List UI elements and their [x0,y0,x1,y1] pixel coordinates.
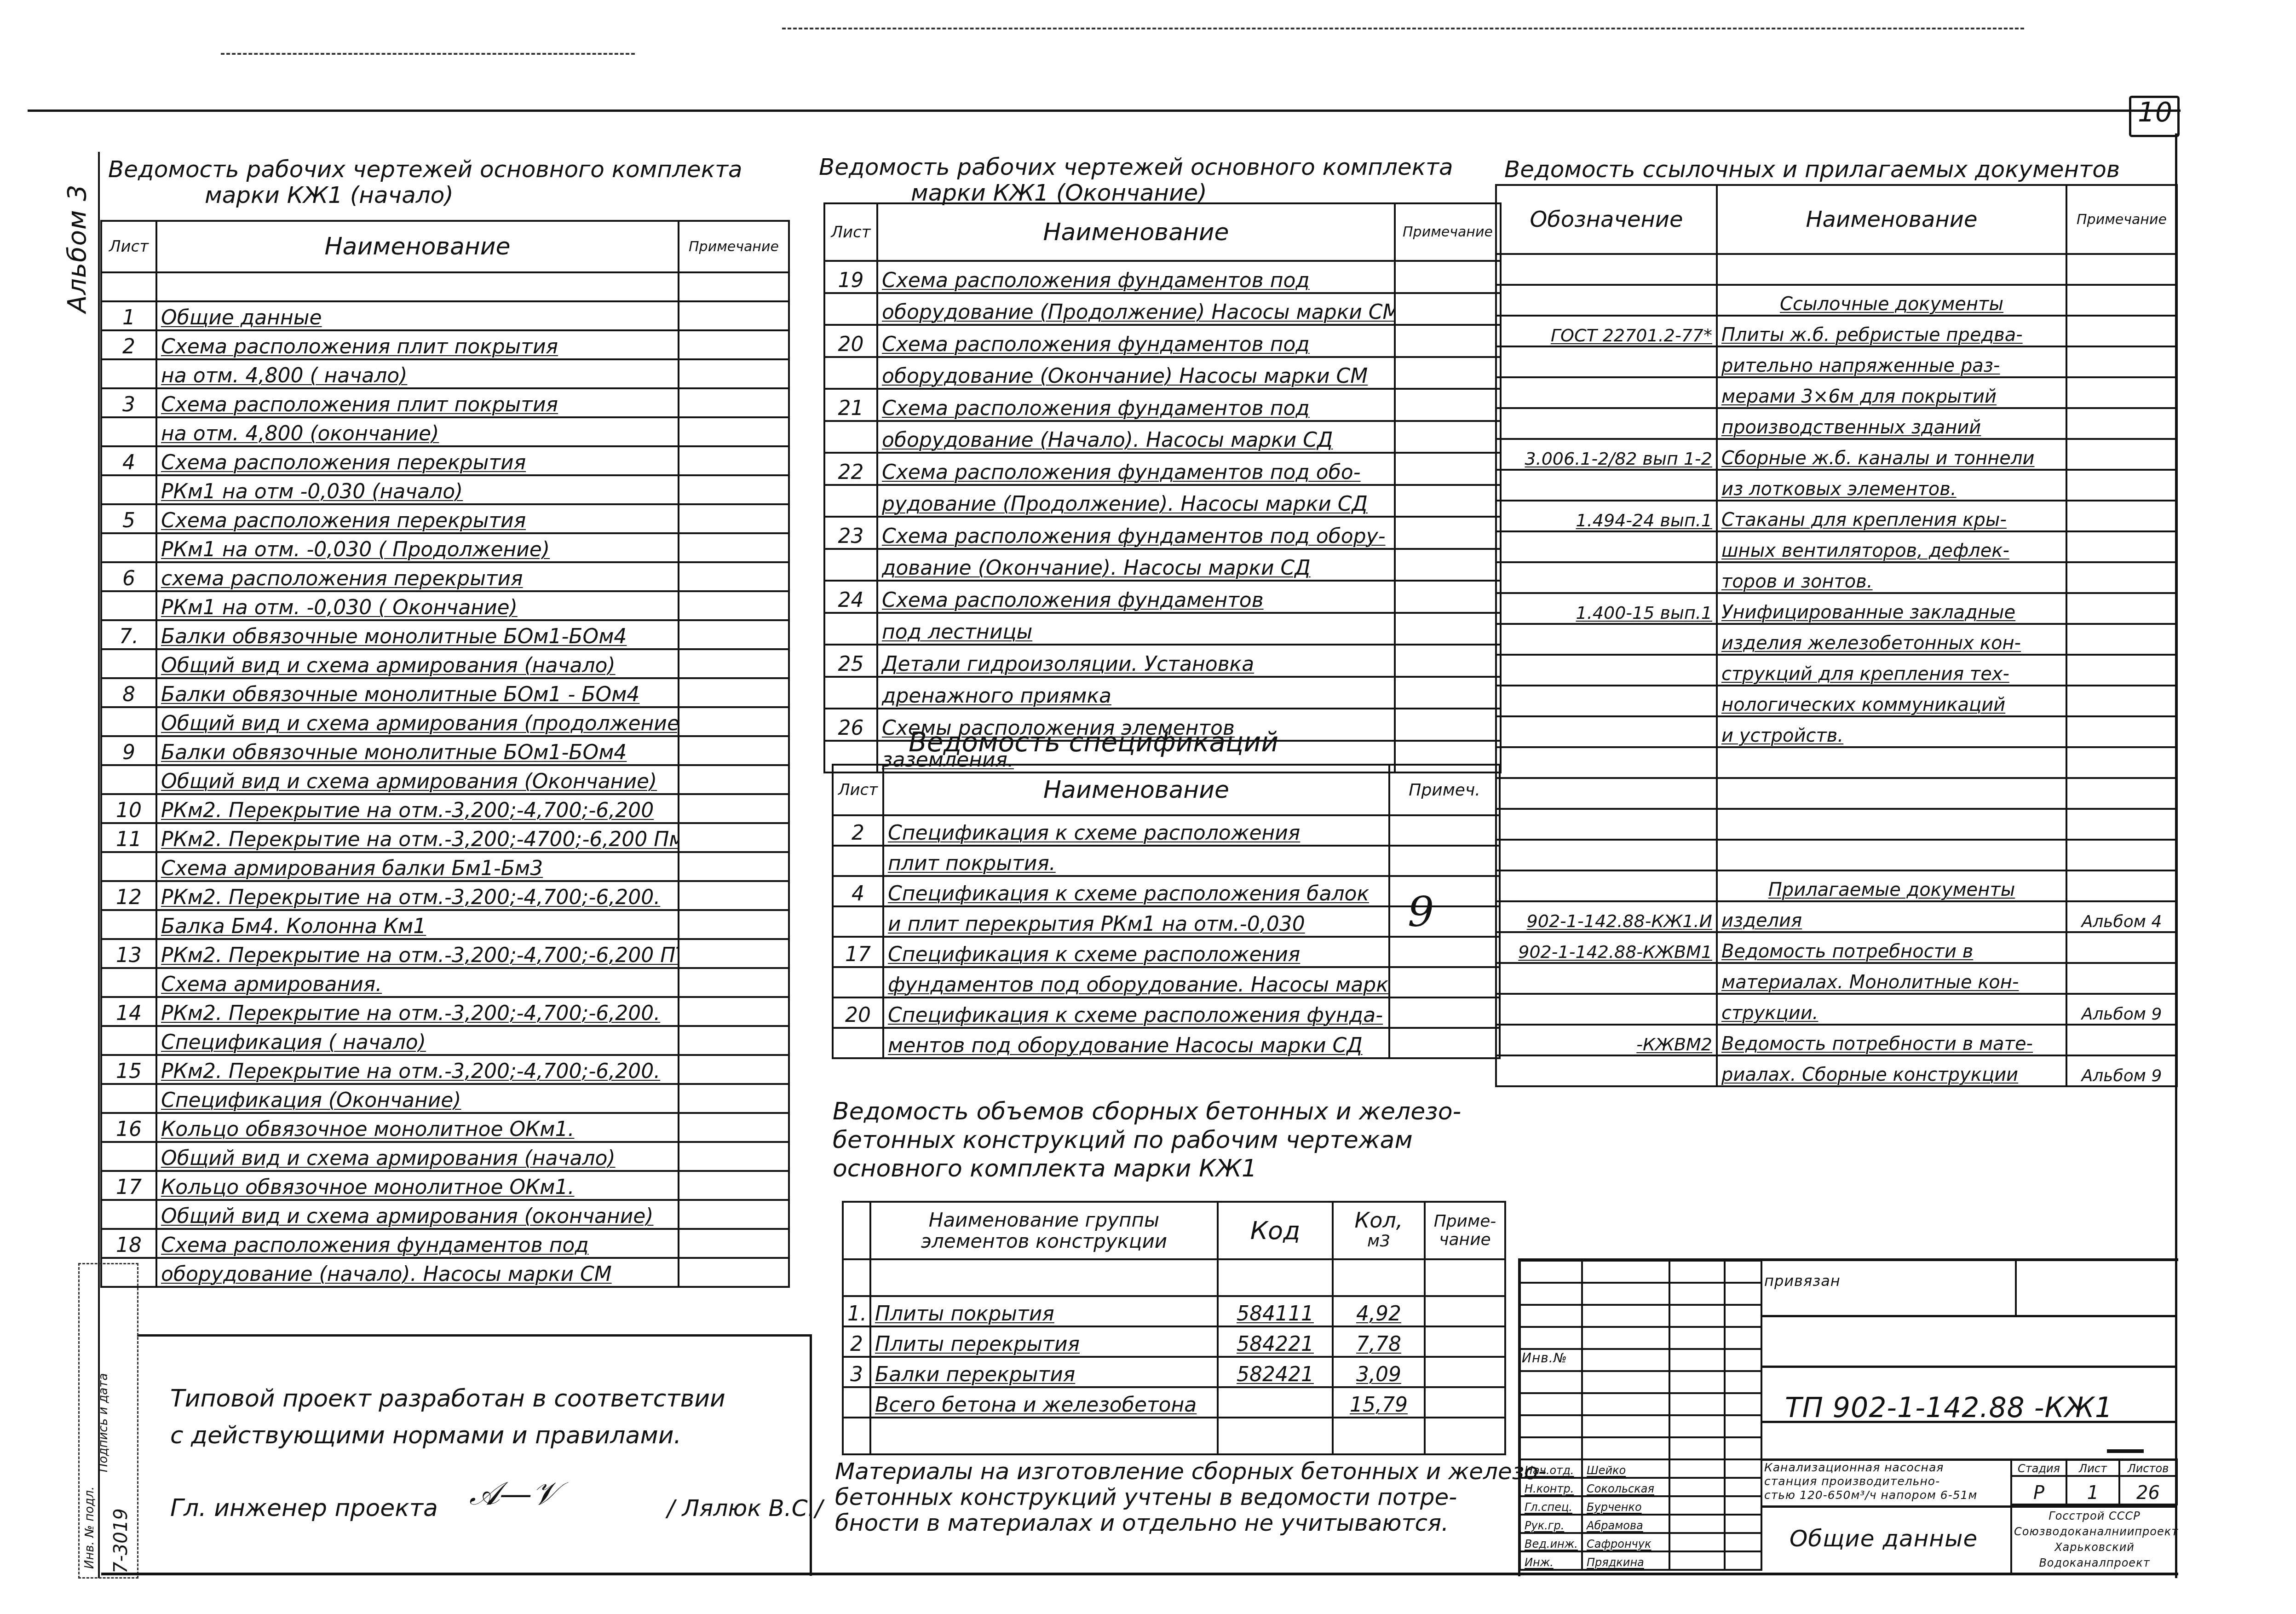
references-title: Ведомость ссылочных и прилагаемых докуме… [1504,156,2120,182]
document-name: рительно напряженные раз- [1717,346,2066,377]
volume-m3: 7,78 [1333,1326,1425,1357]
document-code: -КЖВМ2 [1496,1025,1717,1055]
drawing-name: Детали гидроизоляции. Установка [877,645,1395,677]
document-code [1496,531,1717,562]
table-row: дренажного приямка [824,677,1501,709]
document-code [1496,655,1717,686]
inventory-label: Инв.№ [1522,1350,1567,1366]
sheets-label: Листов [2119,1459,2177,1476]
revision-cell [1520,1393,1582,1415]
note-cell [679,330,789,359]
table-row [843,1418,1505,1454]
sheet-number: 15 [101,1055,156,1084]
document-name: нологических коммуникаций [1717,686,2066,716]
sheet-number [101,968,156,997]
title-block-staff: Нач.отд.ШейкоН.контр.СокольскаяГл.спец.Б… [1519,1458,1762,1571]
revision-cell [1582,1305,1669,1327]
table-row: изделия железобетонных кон- [1496,624,2177,655]
table-row: Общий вид и схема армирования (окончание… [101,1200,789,1229]
group-code [1218,1387,1333,1418]
revision-cell [1669,1327,1725,1349]
document-note [2066,531,2177,562]
table-row: под лестницы [824,613,1501,645]
page-number: 10 [2135,97,2176,128]
table-row: торов и зонтов. [1496,562,2177,593]
document-name: Плиты ж.б. ребристые предва- [1717,316,2066,346]
revision-cell [1725,1371,1761,1393]
document-code [1496,624,1717,655]
table-row: 16Кольцо обвязочное монолитное ОКм1. [101,1113,789,1142]
staff-date [1725,1496,1761,1515]
note-cell [679,272,789,301]
row-number [843,1259,870,1296]
table-row: Общий вид и схема армирования (начало) [101,1142,789,1171]
drawing-name: Спецификация (Окончание) [156,1084,679,1113]
table-row: 22Схема расположения фундаментов под обо… [824,453,1501,485]
document-name [1717,747,2066,778]
table-row: Спецификация (Окончание) [101,1084,789,1113]
revision-cell [1582,1415,1669,1437]
revision-cell [1520,1327,1582,1349]
note-cell [679,1258,789,1287]
stage-sheet-table: Стадия Лист Листов Р 1 26 [2010,1458,2178,1505]
table-row: 18Схема расположения фундаментов под [101,1229,789,1258]
document-note [2066,624,2177,655]
table-row: 15РКм2. Перекрытие на отм.-3,200;-4,700;… [101,1055,789,1084]
document-code [1496,562,1717,593]
sheet-number: 11 [101,823,156,852]
note-cell [1389,906,1500,937]
note-cell [679,1142,789,1171]
signer-role: Гл. инженер проекта [170,1493,438,1523]
drawing-name: оборудование (Продолжение) Насосы марки … [877,293,1395,325]
table-row: риалах. Сборные конструкцииАльбом 9 [1496,1055,2177,1086]
sheet-number [101,1200,156,1229]
table-row: рительно напряженные раз- [1496,346,2177,377]
table-row: 24Схема расположения фундаментов [824,581,1501,613]
revision-cell [1725,1349,1761,1371]
drawing-name: РКм2. Перекрытие на отм.-3,200;-4,700;-6… [156,997,679,1026]
sheet-number [101,707,156,736]
document-name [1717,809,2066,840]
col-header-note: Примечание [1395,203,1501,261]
table-row: оборудование (Продолжение) Насосы марки … [824,293,1501,325]
note-cell [679,968,789,997]
note-cell [679,620,789,649]
document-name [1717,840,2066,870]
drawing-name: Балки обвязочные монолитные БОм1 - БОм4 [156,678,679,707]
document-note [2066,747,2177,778]
document-code [1496,408,1717,439]
sheet-number: 22 [824,453,877,485]
drawing-name: Схема расположения плит покрытия [156,388,679,417]
group-name [870,1259,1218,1296]
table-row: 9Балки обвязочные монолитные БОм1-БОм4 [101,736,789,765]
table-row: оборудование (начало). Насосы марки СМ [101,1258,789,1287]
drawing-name: Спецификация к схеме расположения фунда- [883,997,1389,1028]
sheet-number [101,1084,156,1113]
table-row: 13РКм2. Перекрытие на отм.-3,200;-4,700;… [101,939,789,968]
sheet-value: 1 [2066,1476,2119,1504]
document-note [2066,346,2177,377]
revision-row [1520,1437,1761,1459]
table-row: ментов под оборудование Насосы марки СД [833,1028,1500,1058]
volume-m3: 3,09 [1333,1357,1425,1387]
note-cell [1395,709,1501,741]
specifications-table: Лист Наименование Примеч. 2Спецификация … [832,764,1501,1059]
note-cell [1425,1357,1505,1387]
staff-role: Нач.отд. [1520,1459,1582,1478]
drawing-name: Схема расположения фундаментов [877,581,1395,613]
sheet-number [101,272,156,301]
row-number [843,1387,870,1418]
table-row: 1.494-24 вып.1Стаканы для крепления кры- [1496,501,2177,531]
sheet-number: 17 [833,937,883,967]
drawing-name: Спецификация к схеме расположения [883,815,1389,846]
table-row: 17Кольцо обвязочное монолитное ОКм1. [101,1171,789,1200]
staff-name: Прядкина [1582,1551,1669,1570]
table-row: 10РКм2. Перекрытие на отм.-3,200;-4,700;… [101,794,789,823]
note-cell [1395,645,1501,677]
sheet-number [833,967,883,997]
drawings-start-title: Ведомость рабочих чертежей основного ком… [108,156,742,208]
table-row: рудование (Продолжение). Насосы марки СД [824,485,1501,517]
staff-signature [1669,1515,1725,1533]
drawing-name: Общий вид и схема армирования (продолжен… [156,707,679,736]
drawings-end-table: Лист Наименование Примечание 19Схема рас… [823,202,1502,773]
revision-cell [1725,1437,1761,1459]
compliance-box [137,1334,812,1576]
note-cell [679,1026,789,1055]
staff-row: Рук.гр.Абрамова [1520,1515,1761,1533]
document-name: производственных зданий [1717,408,2066,439]
table-row: РКм1 на отм. -0,030 ( Продолжение) [101,533,789,562]
sheet-number [824,549,877,581]
revision-cell [1669,1371,1725,1393]
note-cell [1395,261,1501,293]
table-row: плит покрытия. [833,846,1500,876]
drawing-name: Балки обвязочные монолитные БОм1-БОм4 [156,620,679,649]
sheet-number: 23 [824,517,877,549]
table-row: 1Общие данные [101,301,789,330]
drawing-name: на отм. 4,800 (окончание) [156,417,679,446]
revision-row [1520,1305,1761,1327]
staff-signature [1669,1459,1725,1478]
note-cell [679,852,789,881]
drawing-name: Общий вид и схема армирования (окончание… [156,1200,679,1229]
table-row: и устройств. [1496,716,2177,747]
volume-m3: 15,79 [1333,1387,1425,1418]
note-cell [1395,677,1501,709]
revision-row [1520,1327,1761,1349]
document-name: и устройств. [1717,716,2066,747]
drawing-name: РКм1 на отм. -0,030 ( Продолжение) [156,533,679,562]
document-note [2066,840,2177,870]
document-note: Альбом 9 [2066,1055,2177,1086]
note-cell [679,1171,789,1200]
document-note [2066,439,2177,470]
table-row: струкции.Альбом 9 [1496,994,2177,1025]
table-row: 2Плиты перекрытия5842217,78 [843,1326,1505,1357]
volume-m3: 4,92 [1333,1296,1425,1326]
document-name: Унифицированные закладные [1717,593,2066,624]
table-row: 6схема расположения перекрытия [101,562,789,591]
drawing-name: Балка Бм4. Колонна Км1 [156,910,679,939]
document-note [2066,470,2177,501]
note-cell [1425,1296,1505,1326]
note-cell [1395,389,1501,421]
revision-cell [1582,1327,1669,1349]
document-name: риалах. Сборные конструкции [1717,1055,2066,1086]
staff-row: Инж.Прядкина [1520,1551,1761,1570]
table-row: нологических коммуникаций [1496,686,2177,716]
section-row: Прилагаемые документы [1496,870,2177,901]
note-cell [679,678,789,707]
table-row: 3Схема расположения плит покрытия [101,388,789,417]
revision-cell [1520,1261,1582,1283]
group-name: Плиты покрытия [870,1296,1218,1326]
document-code [1496,346,1717,377]
drawing-name: Схема расположения фундаментов под [877,261,1395,293]
group-name: Плиты перекрытия [870,1326,1218,1357]
note-cell [1425,1326,1505,1357]
revision-cell [1582,1437,1669,1459]
document-name: Стаканы для крепления кры- [1717,501,2066,531]
row-number: 1. [843,1296,870,1326]
sheet-number: 9 [101,736,156,765]
table-row: производственных зданий [1496,408,2177,439]
initial-mark: 9 [1408,888,1434,936]
document-name: Ведомость потребности в [1717,932,2066,963]
revision-cell [1725,1393,1761,1415]
side-stamp-text: Инв. № подл. [83,1487,97,1569]
drawing-name: Схема расположения фундаментов под обору… [877,517,1395,549]
revision-cell [1582,1371,1669,1393]
sheet-number: 26 [824,709,877,741]
note-cell [1389,876,1500,906]
note-cell [679,707,789,736]
frame-top-border [28,110,2181,112]
drawing-name: фундаментов под оборудование. Насосы мар… [883,967,1389,997]
table-row: мерами 3×6м для покрытий [1496,377,2177,408]
revision-row [1520,1393,1761,1415]
document-name: струкции. [1717,994,2066,1025]
staff-row: Вед.инж.Сафрончук [1520,1533,1761,1551]
document-name [1717,254,2066,285]
revision-cell [1725,1261,1761,1283]
drawing-name: дование (Окончание). Насосы марки СД [877,549,1395,581]
drawing-name: РКм2. Перекрытие на отм.-3,200;-4,700;-6… [156,1055,679,1084]
staff-name: Бурченко [1582,1496,1669,1515]
sheet-number: 17 [101,1171,156,1200]
revision-cell [1582,1283,1669,1305]
drawing-name: рудование (Продолжение). Насосы марки СД [877,485,1395,517]
table-row: оборудование (Окончание) Насосы марки СМ [824,357,1501,389]
drawing-name: РКм2. Перекрытие на отм.-3,200;-4700;-6,… [156,823,679,852]
divider [2015,1261,2017,1316]
drawing-name: РКм1 на отм. -0,030 ( Окончание) [156,591,679,620]
sheet-number [824,293,877,325]
table-row: Схема армирования. [101,968,789,997]
sheet-number [101,359,156,388]
revision-cell [1669,1305,1725,1327]
volume-m3 [1333,1418,1425,1454]
col-header-name: Наименование [1717,185,2066,254]
table-row: 902-1-142.88-КЖВМ1Ведомость потребности … [1496,932,2177,963]
table-row: 11РКм2. Перекрытие на отм.-3,200;-4700;-… [101,823,789,852]
staff-name: Абрамова [1582,1515,1669,1533]
note-cell [679,736,789,765]
document-code [1496,747,1717,778]
stage-value: Р [2011,1476,2066,1504]
row-number [843,1418,870,1454]
revision-cell [1520,1437,1582,1459]
table-row: 1.Плиты покрытия5841114,92 [843,1296,1505,1326]
drawing-name: Кольцо обвязочное монолитное ОКм1. [156,1113,679,1142]
sheet-number [101,591,156,620]
table-row: оборудование (Начало). Насосы марки СД [824,421,1501,453]
scan-artifact-line [221,53,635,55]
sheet-number: 16 [101,1113,156,1142]
document-code [1496,470,1717,501]
drawing-name: Схема расположения перекрытия [156,446,679,475]
document-title: Общие данные [1790,1525,1978,1552]
sheet-number: 2 [101,330,156,359]
volumes-table: Наименование группы элементов конструкци… [842,1201,1506,1455]
sheet-number: 13 [101,939,156,968]
staff-date [1725,1515,1761,1533]
note-cell [1395,453,1501,485]
table-row: Схема армирования балки Бм1-Бм3 [101,852,789,881]
group-name: Всего бетона и железобетона [870,1387,1218,1418]
drawing-name: Схема расположения перекрытия [156,504,679,533]
document-code: ГОСТ 22701.2-77* [1496,316,1717,346]
note-cell [1425,1259,1505,1296]
drawing-name: РКм2. Перекрытие на отм.-3,200;-4,700;-6… [156,939,679,968]
group-name [870,1418,1218,1454]
revision-cell [1725,1283,1761,1305]
document-name: Сборные ж.б. каналы и тоннели [1717,439,2066,470]
col-header-name: Наименование [877,203,1395,261]
sheet-number: 8 [101,678,156,707]
document-name: струкций для крепления тех- [1717,655,2066,686]
drawing-name: Спецификация ( начало) [156,1026,679,1055]
revision-cell [1669,1393,1725,1415]
volumes-title: Ведомость объемов сборных бетонных и жел… [833,1097,1461,1183]
col-header-sheet: Лист [824,203,877,261]
table-row [1496,778,2177,809]
table-row: 4Схема расположения перекрытия [101,446,789,475]
table-row: 902-1-142.88-КЖ1.ИизделияАльбом 4 [1496,901,2177,932]
table-row: РКм1 на отм -0,030 (начало) [101,475,789,504]
drawing-name: под лестницы [877,613,1395,645]
col-header-name: Наименование [883,765,1389,815]
sheet-number: 19 [824,261,877,293]
document-code [1496,254,1717,285]
sheet-number: 4 [101,446,156,475]
document-note [2066,809,2177,840]
document-name: материалах. Монолитные кон- [1717,963,2066,994]
sheets-value: 26 [2119,1476,2177,1504]
document-name: торов и зонтов. [1717,562,2066,593]
sheet-number: 14 [101,997,156,1026]
sheet-number [824,357,877,389]
table-row: Спецификация ( начало) [101,1026,789,1055]
sheet-number [101,533,156,562]
table-row: 2Схема расположения плит покрытия [101,330,789,359]
table-row: 5Схема расположения перекрытия [101,504,789,533]
divider [1761,1366,2177,1368]
document-note: Альбом 4 [2066,901,2177,932]
document-code: 902-1-142.88-КЖВМ1 [1496,932,1717,963]
staff-date [1725,1551,1761,1570]
document-name: изделия железобетонных кон- [1717,624,2066,655]
drawing-name: Схема расположения фундаментов под обо- [877,453,1395,485]
document-code: 1.400-15 вып.1 [1496,593,1717,624]
row-number: 3 [843,1357,870,1387]
drawing-name: плит покрытия. [883,846,1389,876]
group-code: 582421 [1218,1357,1333,1387]
note-cell [1395,421,1501,453]
revision-cell [1582,1349,1669,1371]
document-code: 1.494-24 вып.1 [1496,501,1717,531]
document-code [1496,377,1717,408]
specifications-title: Ведомость спецификаций [909,729,1278,755]
note-cell [1395,517,1501,549]
sheet-number: 10 [101,794,156,823]
drawing-name: Схема расположения плит покрытия [156,330,679,359]
table-row: Балка Бм4. Колонна Км1 [101,910,789,939]
drawing-name: РКм2. Перекрытие на отм.-3,200;-4,700;-6… [156,881,679,910]
note-cell [679,475,789,504]
drawing-name: Схема расположения фундаментов под [877,389,1395,421]
table-row: 17Спецификация к схеме расположения [833,937,1500,967]
note-cell [679,1229,789,1258]
table-row: 20Схема расположения фундаментов под [824,325,1501,357]
revision-cell [1582,1393,1669,1415]
sheet-number [101,852,156,881]
document-note [2066,377,2177,408]
sheet-number [101,417,156,446]
volumes-footnote: Материалы на изготовление сборных бетонн… [835,1458,1547,1536]
sheet-number [824,613,877,645]
col-header-qty: Кол, м3 [1333,1202,1425,1259]
organization: Госстрой СССР Союзводоканалниипроект Хар… [2014,1508,2175,1571]
revision-cell [1669,1349,1725,1371]
sheet-number: 12 [101,881,156,910]
note-cell [1395,357,1501,389]
note-cell [1389,997,1500,1028]
note-cell [679,533,789,562]
table-row: Общий вид и схема армирования (продолжен… [101,707,789,736]
sheet-number: 21 [824,389,877,421]
group-code: 584221 [1218,1326,1333,1357]
volume-m3 [1333,1259,1425,1296]
note-cell [679,997,789,1026]
drawing-name: Схема расположения фундаментов под [156,1229,679,1258]
table-row: Всего бетона и железобетона15,79 [843,1387,1505,1418]
table-row: Общий вид и схема армирования (начало) [101,649,789,678]
table-row [843,1259,1505,1296]
note-cell [679,417,789,446]
table-row: 8Балки обвязочные монолитные БОм1 - БОм4 [101,678,789,707]
staff-row: Н.контр.Сокольская [1520,1478,1761,1496]
sheet-number [824,485,877,517]
note-cell [1395,293,1501,325]
note-cell [679,388,789,417]
table-row: 23Схема расположения фундаментов под обо… [824,517,1501,549]
table-row: фундаментов под оборудование. Насосы мар… [833,967,1500,997]
